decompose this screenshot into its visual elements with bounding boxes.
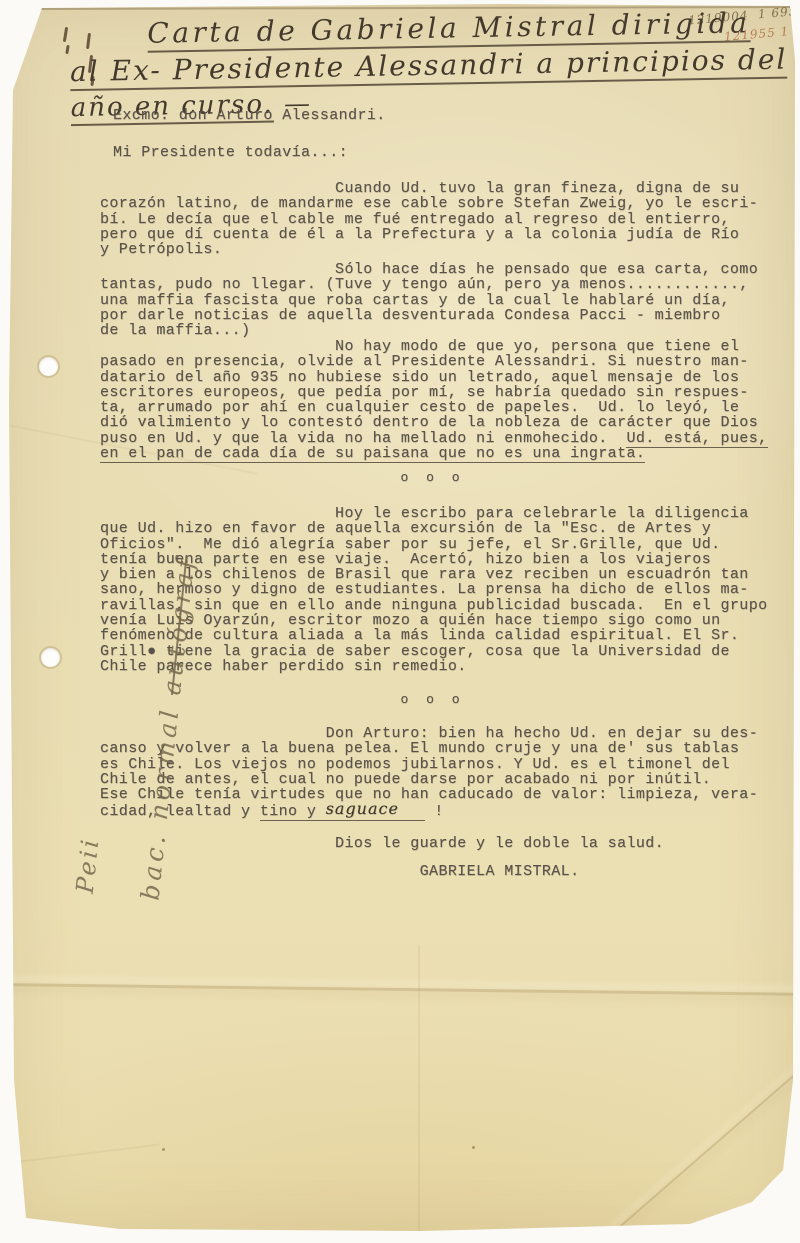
typed-line: Sólo hace días he pensado que esa carta,…: [100, 262, 758, 277]
typed-line: que Ud. hizo en favor de aquella excursi…: [100, 521, 768, 536]
typed-line: por darle noticias de aquella desventura…: [100, 308, 758, 323]
paragraph-1: Cuando Ud. tuvo la gran fineza, digna de…: [100, 181, 758, 257]
typed-line: Cuando Ud. tuvo la gran fineza, digna de…: [100, 181, 758, 196]
typed-line: de la maffia...): [100, 323, 758, 338]
salutation-line: Mi Presidente todavía...:: [113, 145, 348, 160]
margin-pencil-note: Peii bac. normal autógraf: [34, 543, 239, 906]
crease-bottom-left: [20, 1143, 159, 1162]
typed-line: en el pan de cada día de su paisana que …: [100, 446, 768, 461]
typed-line: ta, arrumado por ahí en cualquier cesto …: [100, 400, 768, 415]
underlined-phrase: en el pan de cada día de su paisana que …: [100, 445, 645, 463]
paragraph-3: No hay modo de que yo, persona que tiene…: [100, 339, 768, 461]
typed-line: pasado en presencia, olvide al President…: [100, 354, 768, 369]
typed-line: Hoy le escribo para celebrarle la dilige…: [100, 506, 768, 521]
typed-line: escritores europeos, que pedía por mí, s…: [100, 385, 768, 400]
crease-diagonal-bottom-right: [614, 1066, 800, 1232]
typed-line: puso en Ud. y que la vida no ha mellado …: [100, 431, 768, 446]
handwritten-insert: saguace: [326, 803, 425, 821]
section-separator: o o o: [100, 470, 765, 485]
typed-line: bí. Le decía que el cable me fué entrega…: [100, 212, 758, 227]
paper-sheet: 1219004 1 69508 121955 1 Carta de Gabrie…: [0, 0, 800, 1243]
paragraph-2: Sólo hace días he pensado que esa carta,…: [100, 262, 758, 338]
typed-line: y Petrópolis.: [100, 242, 758, 257]
fold-crease-vertical: [418, 945, 420, 1243]
scanned-letter-page: 1219004 1 69508 121955 1 Carta de Gabrie…: [0, 0, 800, 1243]
typed-line: dió valimiento y lo contestó dentro de l…: [100, 415, 768, 430]
fold-crease-horizontal: [0, 983, 800, 996]
underlined-phrase: tino y: [260, 803, 326, 821]
margin-tick-mark: [63, 27, 68, 42]
typed-line: No hay modo de que yo, persona que tiene…: [100, 339, 768, 354]
recipient-line: Excmo. don Arturo Alessandri.: [113, 108, 386, 123]
typed-line: corazón latino, de mandarme ese cable so…: [100, 196, 758, 211]
margin-note-line2: bac. normal autógraf: [135, 554, 201, 902]
typed-line: pero que dí cuenta de él a la Prefectura…: [100, 227, 758, 242]
typed-line: datario del año 935 no hubiese sido un l…: [100, 370, 768, 385]
typed-line: una maffia fascista que roba cartas y de…: [100, 293, 758, 308]
paper-speck: [472, 1146, 475, 1149]
underlined-phrase: Ud. está, pues,: [626, 430, 767, 448]
typed-line: Oficios". Me dió alegría saber por su je…: [100, 537, 768, 552]
margin-note-line1: Peii: [72, 547, 134, 895]
typed-line: tantas, pudo no llegar. (Tuve y tengo aú…: [100, 277, 758, 292]
struck-word: autógraf: [157, 554, 200, 696]
paper-speck: [162, 1148, 165, 1151]
punch-hole-top: [39, 357, 58, 376]
